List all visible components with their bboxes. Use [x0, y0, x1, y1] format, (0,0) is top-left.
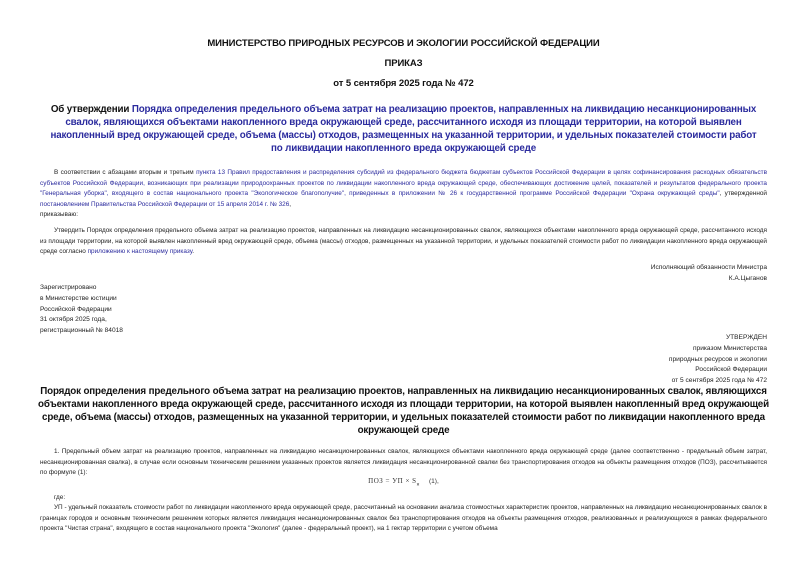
order-title: Об утверждении Порядка определения преде…	[50, 103, 757, 155]
approve-end: .	[192, 248, 194, 255]
registration-line: в Министерстве юстиции	[40, 294, 123, 305]
signature-name: К.А.Цыганов	[651, 274, 767, 285]
ministry-heading: МИНИСТЕРСТВО ПРИРОДНЫХ РЕСУРСОВ И ЭКОЛОГ…	[0, 38, 807, 49]
preamble-text-1: В соответствии с абзацами вторым и треть…	[54, 169, 196, 176]
procedure-link[interactable]: Порядка определения предельного объема з…	[50, 104, 756, 154]
approved-line: приказом Министерства	[669, 344, 767, 355]
order-word: приказываю:	[40, 210, 767, 221]
registration-line: Зарегистрировано	[40, 283, 123, 294]
clause-1: 1. Предельный объем затрат на реализацию…	[40, 447, 767, 479]
clause-1-text: 1. Предельный объем затрат на реализацию…	[40, 448, 767, 476]
annex-link[interactable]: приложению к настоящему приказу	[88, 248, 193, 255]
signature-position: Исполняющий обязанности Министра	[651, 263, 767, 274]
where-label: где:	[54, 493, 781, 504]
order-date-number: от 5 сентября 2025 года № 472	[0, 78, 807, 89]
doc-type-heading: ПРИКАЗ	[0, 58, 807, 69]
formula-label: (1),	[429, 478, 439, 485]
title-prefix: Об утверждении	[51, 104, 132, 115]
government-decree-link[interactable]: постановлением Правительства Российской …	[40, 201, 289, 208]
approved-line: УТВЕРЖДЕН	[669, 333, 767, 344]
approved-line: природных ресурсов и экологии	[669, 355, 767, 366]
registration-block: Зарегистрировано в Министерстве юстиции …	[40, 283, 123, 337]
registration-line: Российской Федерации	[40, 305, 123, 316]
signature-block: Исполняющий обязанности Министра К.А.Цыг…	[651, 263, 767, 285]
formula-expression: ПОЗ = УП × Sн	[368, 477, 420, 485]
preamble-text-3: ,	[289, 201, 291, 208]
registration-line: регистрационный № 84018	[40, 326, 123, 337]
preamble-text-2: , утвержденной	[720, 190, 767, 197]
preamble-paragraph: В соответствии с абзацами вторым и треть…	[40, 168, 767, 210]
procedure-title: Порядок определения предельного объема з…	[36, 385, 771, 437]
up-definition-text: УП - удельный показатель стоимости работ…	[40, 504, 767, 532]
approved-line: Российской Федерации	[669, 365, 767, 376]
up-definition: УП - удельный показатель стоимости работ…	[40, 503, 767, 535]
approve-paragraph: Утвердить Порядок определения предельног…	[40, 226, 767, 258]
formula-1: ПОЗ = УП × Sн (1),	[0, 477, 807, 487]
registration-line: 31 октября 2025 года,	[40, 315, 123, 326]
approved-block: УТВЕРЖДЕН приказом Министерства природны…	[669, 333, 767, 387]
